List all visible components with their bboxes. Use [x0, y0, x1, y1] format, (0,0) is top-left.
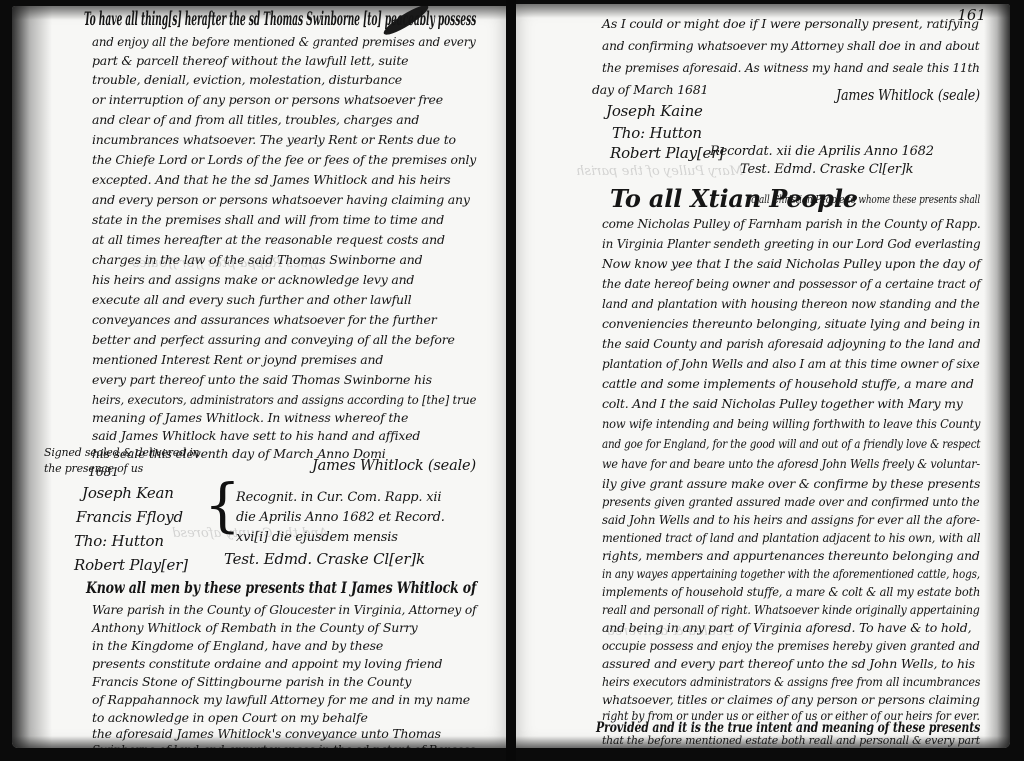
text-line: come Nicholas Pulley of Farnham parish i… [602, 216, 980, 231]
text-line: part & parcell thereof without the lawfu… [92, 53, 408, 68]
text-line: mentioned tract of land and plantation a… [602, 530, 980, 545]
text-line: in Virginia Planter sendeth greeting in … [602, 236, 980, 251]
page-edge-shadow [984, 4, 1010, 748]
signature-james-whitlock: James Whitlock (seale) [312, 456, 476, 474]
text-line: Now know yee that I the said Nicholas Pu… [602, 256, 980, 271]
text-line: and confirming whatsoever my Attorney sh… [602, 38, 980, 53]
text-line: trouble, deniall, eviction, molestation,… [92, 72, 402, 87]
text-line: plantation of John Wells and also I am a… [602, 356, 980, 371]
witness-name: Tho: Hutton [74, 532, 164, 550]
text-line: whatsoever, titles or claimes of any per… [602, 692, 980, 707]
text-line: said James Whitlock have sett to his han… [92, 428, 420, 443]
text-line: in the Kingdome of England, have and by … [92, 638, 383, 653]
right-page: Mary Pulley of the parish Sealed & deliv… [516, 4, 1010, 748]
witness-name: Francis Ffloyd [76, 508, 183, 526]
text-line: incumbrances whatsoever. The yearly Rent… [92, 132, 456, 147]
text-line: and enjoy all the before mentioned & gra… [92, 34, 476, 49]
text-line: in any wayes appertaining together with … [602, 566, 980, 581]
text-line: xvi[i] die ejusdem mensis [236, 530, 398, 545]
text-line: conveyances and assurances whatsoever fo… [92, 312, 436, 327]
text-line: the premises aforesaid. As witness my ha… [602, 60, 980, 75]
left-page: ffoes Rappa ptes ffor ffoules And the Co… [12, 6, 506, 748]
text-line: now wife intending and being willing for… [602, 416, 980, 431]
text-line: Test. Edmd. Craske Cl[er]k [740, 162, 913, 177]
book-gutter [506, 0, 516, 761]
text-line: that the before mentioned estate both re… [602, 734, 980, 747]
text-line: Know all men by these presents that I Ja… [86, 578, 476, 597]
text-line: the Chiefe Lord or Lords of the fee or f… [92, 152, 476, 167]
text-line: die Aprilis Anno 1682 et Record. [236, 510, 445, 525]
witness-name: Joseph Kean [82, 484, 174, 502]
text-line: Swinborne of land and appurtenances in t… [92, 742, 475, 748]
text-line: colt. And I the said Nicholas Pulley tog… [602, 396, 963, 411]
text-line: presents given granted assured made over… [602, 494, 980, 509]
witness-name: Joseph Kaine [606, 102, 703, 120]
witness-name: Tho: Hutton [612, 124, 702, 142]
text-line: to acknowledge in open Court on my behal… [92, 710, 368, 725]
text-line: at all times hereafter at the reasonable… [92, 232, 445, 247]
text-line: rights, members and appurtenances thereu… [602, 548, 980, 563]
text-line: of Rappahannock my lawfull Attorney for … [92, 692, 470, 707]
text-line: heirs executors administrators & assigns… [602, 674, 980, 689]
text-line: Test. Edmd. Craske Cl[er]k [224, 550, 425, 568]
text-line: the aforesaid James Whitlock's conveyanc… [92, 726, 441, 741]
scanned-spread: ffoes Rappa ptes ffor ffoules And the Co… [0, 0, 1024, 761]
text-line: implements of household stuffe, a mare &… [602, 584, 980, 599]
signature-james-whitlock: James Whitlock (seale) [836, 86, 980, 104]
text-line: Recordat. xii die Aprilis Anno 1682 [710, 144, 934, 159]
text-line: said John Wells and to his heirs and ass… [602, 512, 980, 527]
text-line: cattle and some implements of household … [602, 376, 974, 391]
text-line: or interruption of any person or persons… [92, 92, 443, 107]
text-line: every part thereof unto the said Thomas … [92, 372, 432, 387]
text-line: his heirs and assigns make or acknowledg… [92, 272, 414, 287]
text-line: the said County and parish aforesaid adj… [602, 336, 980, 351]
text-line: conveniencies thereunto belonging, situa… [602, 316, 980, 331]
text-line: and clear of and from all titles, troubl… [92, 112, 419, 127]
text-line: day of March 1681 [592, 82, 708, 97]
witness-name: Robert Play[er] [74, 556, 188, 574]
text-line: state in the premises shall and will fro… [92, 212, 444, 227]
text-line: Ware parish in the County of Gloucester … [92, 602, 476, 617]
text-line: To have all thing[s] herafter the sd Tho… [84, 8, 476, 30]
text-line: Signed sealed & delivered in [44, 446, 199, 459]
text-line: heirs, executors, administrators and ass… [92, 392, 476, 407]
text-line: Anthony Whitlock of Rembath in the Count… [92, 620, 418, 635]
text-line: mentioned Interest Rent or joynd premise… [92, 352, 383, 367]
text-line: To all Christian People to whome these p… [746, 192, 980, 206]
witness-name: Robert Play[er] [610, 144, 724, 162]
text-line: occupie possess and enjoy the premises h… [602, 638, 980, 653]
text-line: we have for and beare unto the aforesd J… [602, 456, 980, 471]
text-line: excepted. And that he the sd James Whitl… [92, 172, 451, 187]
text-line: ily give grant assure make over & confir… [602, 476, 980, 491]
text-line: land and plantation with housing thereon… [602, 296, 980, 311]
page-edge-shadow [12, 6, 52, 748]
text-line: assured and every part thereof unto the … [602, 656, 975, 671]
text-line: Recognit. in Cur. Com. Rapp. xii [236, 490, 441, 505]
text-line: meaning of James Whitlock. In witness wh… [92, 410, 408, 425]
brace-mark: { [204, 476, 241, 534]
text-line: better and perfect assuring and conveyin… [92, 332, 455, 347]
text-line: the date hereof being owner and possesso… [602, 276, 980, 291]
text-line: Francis Stone of Sittingbourne parish in… [92, 674, 411, 689]
text-line: and every person or persons whatsoever h… [92, 192, 470, 207]
text-line: presents constitute ordaine and appoint … [92, 656, 442, 671]
text-line: and goe for England, for the good will a… [602, 436, 980, 451]
text-line: and being in any part of Virginia afores… [602, 620, 971, 635]
text-line: reall and personall of right. Whatsoever… [602, 602, 980, 617]
text-line: As I could or might doe if I were person… [602, 16, 979, 31]
text-line: execute all and every such further and o… [92, 292, 411, 307]
text-line: the presence of us [44, 462, 143, 475]
text-line: charges in the law of the said Thomas Sw… [92, 252, 422, 267]
